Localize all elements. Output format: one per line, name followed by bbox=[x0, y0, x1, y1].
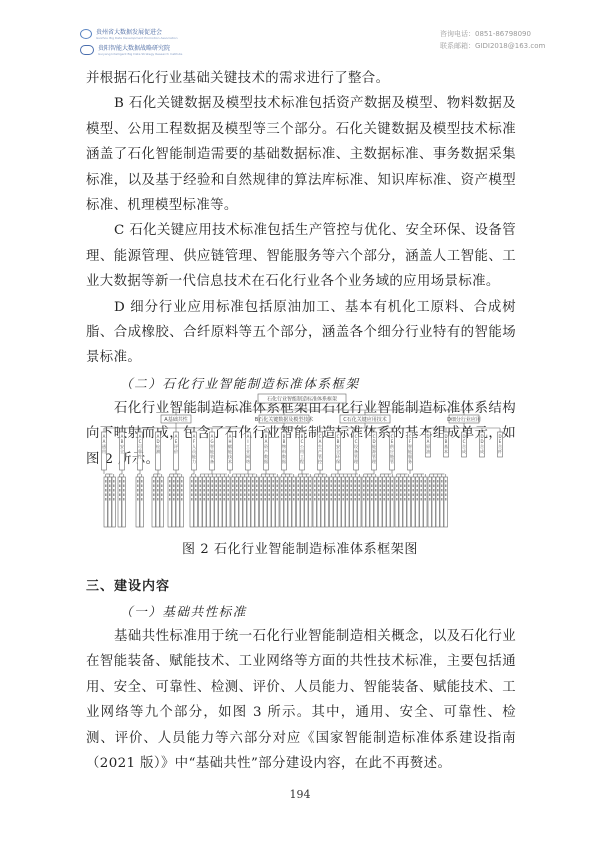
leaf-text-mark bbox=[256, 480, 258, 483]
leaf-text-mark bbox=[302, 480, 304, 483]
node-label: 务 bbox=[408, 458, 412, 464]
leaf-text-mark bbox=[355, 494, 357, 497]
leaf-text-mark bbox=[425, 480, 427, 483]
leaf-text-mark bbox=[181, 498, 183, 501]
paragraph-continuation: 并根据石化行业基础关键技术的需求进行了整合。 bbox=[86, 66, 516, 91]
leaf-text-mark bbox=[375, 485, 377, 488]
node-label: 油 bbox=[426, 448, 430, 454]
leaf-text-mark bbox=[236, 485, 238, 488]
leaf-text-mark bbox=[153, 489, 155, 492]
leaf-text-mark bbox=[273, 489, 275, 492]
leaf-text-mark bbox=[310, 485, 312, 488]
leaf-text-mark bbox=[331, 494, 333, 497]
leaf-text-mark bbox=[252, 494, 254, 497]
leaf-text-mark bbox=[310, 480, 312, 483]
leaf-text-mark bbox=[236, 498, 238, 501]
leaf-text-mark bbox=[285, 485, 287, 488]
leaf-text-mark bbox=[200, 485, 202, 488]
leaf-text-mark bbox=[212, 485, 214, 488]
leaf-text-mark bbox=[109, 489, 111, 492]
leaf-text-mark bbox=[347, 489, 349, 492]
leaf-text-mark bbox=[113, 494, 115, 497]
association-logo-icon bbox=[80, 29, 92, 39]
leaf-text-mark bbox=[441, 489, 443, 492]
leaf-text-mark bbox=[195, 485, 197, 488]
leaf-text-mark bbox=[396, 485, 398, 488]
leaf-text-mark bbox=[347, 485, 349, 488]
leaf-text-mark bbox=[318, 498, 320, 501]
node-label: 全 bbox=[120, 448, 124, 454]
leaf-text-mark bbox=[256, 498, 258, 501]
leaf-text-mark bbox=[293, 494, 295, 497]
leaf-text-mark bbox=[421, 498, 423, 501]
logo-row-association: 贵州省大数据发展促进会 Guizhou Big Data Development… bbox=[80, 27, 182, 41]
leaf-text-mark bbox=[351, 489, 353, 492]
leaf-text-mark bbox=[208, 480, 210, 483]
node-label: 价 bbox=[174, 448, 178, 454]
leaf-text-mark bbox=[123, 498, 125, 501]
leaf-text-mark bbox=[281, 480, 283, 483]
leaf-text-mark bbox=[392, 494, 394, 497]
node-label: 纤 bbox=[498, 448, 502, 454]
leaf-text-mark bbox=[281, 485, 283, 488]
leaf-text-mark bbox=[417, 489, 419, 492]
leaf-text-mark bbox=[269, 485, 271, 488]
leaf-text-mark bbox=[248, 489, 250, 492]
leaf-text-mark bbox=[408, 480, 410, 483]
leaf-text-mark bbox=[396, 498, 398, 501]
leaf-text-mark bbox=[363, 480, 365, 483]
leaf-text-mark bbox=[220, 480, 222, 483]
leaf-text-mark bbox=[200, 489, 202, 492]
leaf-text-mark bbox=[109, 485, 111, 488]
leaf-text-mark bbox=[413, 485, 415, 488]
leaf-text-mark bbox=[277, 494, 279, 497]
leaf-text-mark bbox=[371, 485, 373, 488]
leaf-text-mark bbox=[293, 480, 295, 483]
leaf-text-mark bbox=[256, 494, 258, 497]
association-name-en: Guizhou Big Data Development Promotion A… bbox=[96, 36, 178, 40]
leaf-text-mark bbox=[153, 494, 155, 497]
leaf-text-mark bbox=[445, 498, 447, 501]
leaf-text-mark bbox=[363, 498, 365, 501]
leaf-text-mark bbox=[298, 494, 300, 497]
leaf-text-mark bbox=[281, 498, 283, 501]
leaf-text-mark bbox=[141, 494, 143, 497]
leaf-text-mark bbox=[265, 498, 267, 501]
leaf-text-mark bbox=[367, 480, 369, 483]
leaf-text-mark bbox=[310, 494, 312, 497]
leaf-text-mark bbox=[232, 489, 234, 492]
leaf-text-mark bbox=[281, 489, 283, 492]
leaf-text-mark bbox=[173, 498, 175, 501]
leaf-text-mark bbox=[119, 480, 121, 483]
leaf-text-mark bbox=[105, 494, 107, 497]
leaf-text-mark bbox=[157, 498, 159, 501]
leaf-text-mark bbox=[216, 494, 218, 497]
leaf-text-mark bbox=[137, 480, 139, 483]
leaf-text-mark bbox=[204, 485, 206, 488]
leaf-text-mark bbox=[429, 480, 431, 483]
leaf-text-mark bbox=[191, 498, 193, 501]
leaf-text-mark bbox=[413, 494, 415, 497]
leaf-text-mark bbox=[335, 480, 337, 483]
leaf-text-mark bbox=[359, 480, 361, 483]
leaf-text-mark bbox=[326, 494, 328, 497]
leaf-text-mark bbox=[359, 489, 361, 492]
leaf-text-mark bbox=[441, 480, 443, 483]
leaf-text-mark bbox=[359, 494, 361, 497]
leaf-text-mark bbox=[437, 494, 439, 497]
leaf-text-mark bbox=[433, 494, 435, 497]
node-label: 管 bbox=[390, 458, 394, 464]
leaf-text-mark bbox=[388, 489, 390, 492]
leaf-text-mark bbox=[261, 498, 263, 501]
phone-label: 咨询电话： bbox=[440, 30, 475, 38]
leaf-text-mark bbox=[380, 494, 382, 497]
leaf-text-mark bbox=[224, 489, 226, 492]
leaf-text-mark bbox=[261, 480, 263, 483]
leaf-text-mark bbox=[123, 480, 125, 483]
leaf-text-mark bbox=[161, 494, 163, 497]
leaf-text-mark bbox=[322, 498, 324, 501]
leaf-text-mark bbox=[252, 485, 254, 488]
leaf-text-mark bbox=[339, 489, 341, 492]
leaf-text-mark bbox=[181, 489, 183, 492]
leaf-text-mark bbox=[347, 480, 349, 483]
leaf-text-mark bbox=[359, 498, 361, 501]
leaf-text-mark bbox=[380, 498, 382, 501]
leaf-text-mark bbox=[367, 494, 369, 497]
leaf-text-mark bbox=[371, 494, 373, 497]
leaf-text-mark bbox=[335, 485, 337, 488]
leaf-text-mark bbox=[285, 494, 287, 497]
leaf-text-mark bbox=[363, 494, 365, 497]
leaf-text-mark bbox=[195, 498, 197, 501]
leaf-text-mark bbox=[421, 480, 423, 483]
leaf-text-mark bbox=[314, 494, 316, 497]
leaf-text-mark bbox=[413, 480, 415, 483]
leaf-text-mark bbox=[355, 489, 357, 492]
leaf-text-mark bbox=[417, 480, 419, 483]
leaf-text-mark bbox=[293, 498, 295, 501]
leaf-text-mark bbox=[314, 480, 316, 483]
leaf-text-mark bbox=[367, 489, 369, 492]
leaf-text-mark bbox=[232, 485, 234, 488]
leaf-text-mark bbox=[433, 489, 435, 492]
leaf-text-mark bbox=[408, 494, 410, 497]
leaf-text-mark bbox=[298, 480, 300, 483]
leaf-text-mark bbox=[208, 498, 210, 501]
leaf-text-mark bbox=[105, 498, 107, 501]
node-label: 成 bbox=[462, 448, 466, 454]
leaf-text-mark bbox=[273, 494, 275, 497]
leaf-text-mark bbox=[429, 489, 431, 492]
node-label: 用 bbox=[102, 448, 106, 454]
leaf-text-mark bbox=[216, 498, 218, 501]
leaf-text-mark bbox=[153, 498, 155, 501]
leaf-text-mark bbox=[169, 480, 171, 483]
leaf-text-mark bbox=[392, 480, 394, 483]
leaf-text-mark bbox=[113, 498, 115, 501]
node-label: 络 bbox=[246, 458, 250, 464]
leaf-text-mark bbox=[326, 485, 328, 488]
leaf-text-mark bbox=[119, 498, 121, 501]
email-address: GIDI2018@163.com bbox=[475, 42, 545, 50]
leaf-text-mark bbox=[331, 480, 333, 483]
node-label: 控 bbox=[318, 458, 322, 464]
leaf-text-mark bbox=[191, 489, 193, 492]
paragraph-d-industry: D 细分行业应用标准包括原油加工、基本有机化工原料、合成树脂、合成橡胶、合纤原料… bbox=[86, 295, 516, 371]
leaf-text-mark bbox=[200, 480, 202, 483]
contact-email-line: 联系邮箱：GIDI2018@163.com bbox=[440, 40, 545, 52]
leaf-text-mark bbox=[351, 498, 353, 501]
leaf-text-mark bbox=[351, 494, 353, 497]
leaf-text-mark bbox=[306, 485, 308, 488]
leaf-text-mark bbox=[310, 498, 312, 501]
leaf-text-mark bbox=[404, 494, 406, 497]
leaf-text-mark bbox=[306, 494, 308, 497]
leaf-text-mark bbox=[355, 498, 357, 501]
leaf-text-mark bbox=[285, 498, 287, 501]
leaf-text-mark bbox=[256, 489, 258, 492]
leaf-text-mark bbox=[240, 480, 242, 483]
leaf-text-mark bbox=[273, 498, 275, 501]
leaf-text-mark bbox=[392, 485, 394, 488]
leaf-text-mark bbox=[302, 494, 304, 497]
leaf-text-mark bbox=[177, 498, 179, 501]
leaf-text-mark bbox=[224, 485, 226, 488]
leaf-text-mark bbox=[265, 480, 267, 483]
leaf-text-mark bbox=[281, 494, 283, 497]
leaf-text-mark bbox=[339, 480, 341, 483]
association-name: 贵州省大数据发展促进会 bbox=[96, 29, 178, 36]
leaf-text-mark bbox=[417, 485, 419, 488]
leaf-text-mark bbox=[396, 489, 398, 492]
leaf-text-mark bbox=[363, 489, 365, 492]
leaf-text-mark bbox=[123, 485, 125, 488]
leaf-text-mark bbox=[228, 489, 230, 492]
node-label: 备 bbox=[210, 458, 214, 464]
leaf-text-mark bbox=[265, 489, 267, 492]
leaf-text-mark bbox=[191, 494, 193, 497]
node-label: 据 bbox=[264, 458, 268, 464]
leaf-text-mark bbox=[347, 494, 349, 497]
institute-name-en: Guiyang Intelligent Big Data Strategy Re… bbox=[98, 52, 182, 56]
leaf-text-mark bbox=[417, 494, 419, 497]
organization-logos: 贵州省大数据发展促进会 Guizhou Big Data Development… bbox=[80, 27, 182, 59]
leaf-text-mark bbox=[388, 485, 390, 488]
leaf-text-mark bbox=[335, 494, 337, 497]
leaf-text-mark bbox=[408, 498, 410, 501]
leaf-text-mark bbox=[375, 489, 377, 492]
leaf-text-mark bbox=[310, 489, 312, 492]
leaf-text-mark bbox=[355, 480, 357, 483]
leaf-text-mark bbox=[181, 494, 183, 497]
page-number: 194 bbox=[0, 788, 600, 801]
leaf-text-mark bbox=[169, 489, 171, 492]
leaf-text-mark bbox=[113, 480, 115, 483]
leaf-text-mark bbox=[141, 485, 143, 488]
leaf-text-mark bbox=[228, 494, 230, 497]
leaf-text-mark bbox=[293, 489, 295, 492]
leaf-text-mark bbox=[269, 498, 271, 501]
leaf-text-mark bbox=[220, 494, 222, 497]
leaf-text-mark bbox=[322, 480, 324, 483]
leaf-text-mark bbox=[421, 485, 423, 488]
leaf-text-mark bbox=[236, 489, 238, 492]
leaf-text-mark bbox=[269, 494, 271, 497]
leaf-text-mark bbox=[269, 489, 271, 492]
leaf-text-mark bbox=[157, 494, 159, 497]
leaf-text-mark bbox=[343, 485, 345, 488]
leaf-text-mark bbox=[392, 498, 394, 501]
leaf-text-mark bbox=[141, 489, 143, 492]
leaf-text-mark bbox=[441, 485, 443, 488]
leaf-text-mark bbox=[400, 489, 402, 492]
leaf-text-mark bbox=[236, 480, 238, 483]
leaf-text-mark bbox=[169, 494, 171, 497]
leaf-text-mark bbox=[212, 494, 214, 497]
leaf-text-mark bbox=[429, 498, 431, 501]
node-label: B石化关键数据及模型技术 bbox=[255, 416, 313, 423]
leaf-text-mark bbox=[177, 480, 179, 483]
leaf-text-mark bbox=[169, 498, 171, 501]
leaf-text-mark bbox=[318, 480, 320, 483]
leaf-text-mark bbox=[289, 485, 291, 488]
leaf-text-mark bbox=[212, 480, 214, 483]
node-label: 成 bbox=[480, 448, 484, 454]
node-label: 性 bbox=[138, 453, 142, 459]
document-body-bottom: 三、建设内容 （一）基础共性标准 基础共性标准用于统一石化行业智能制造相关概念，… bbox=[86, 574, 516, 776]
leaf-text-mark bbox=[173, 480, 175, 483]
leaf-text-mark bbox=[314, 498, 316, 501]
leaf-text-mark bbox=[289, 494, 291, 497]
leaf-text-mark bbox=[141, 498, 143, 501]
leaf-text-mark bbox=[322, 494, 324, 497]
leaf-text-mark bbox=[425, 485, 427, 488]
leaf-text-mark bbox=[204, 498, 206, 501]
framework-tree-svg: 石化行业智能制造标准体系框架A基础共性B石化关键数据及模型技术C石化关键应用技术… bbox=[98, 392, 506, 542]
leaf-text-mark bbox=[216, 480, 218, 483]
leaf-text-mark bbox=[177, 494, 179, 497]
leaf-text-mark bbox=[204, 489, 206, 492]
leaf-text-mark bbox=[224, 494, 226, 497]
leaf-text-mark bbox=[339, 485, 341, 488]
phone-number: 0851-86798090 bbox=[475, 30, 531, 38]
leaf-text-mark bbox=[347, 498, 349, 501]
figure-caption: 图 2 石化行业智能制造标准体系框架图 bbox=[0, 538, 600, 557]
leaf-text-mark bbox=[404, 498, 406, 501]
leaf-text-mark bbox=[113, 485, 115, 488]
node-label: 测 bbox=[156, 448, 160, 454]
leaf-text-mark bbox=[252, 480, 254, 483]
leaf-text-mark bbox=[195, 494, 197, 497]
leaf-text-mark bbox=[322, 485, 324, 488]
leaf-text-mark bbox=[384, 498, 386, 501]
leaf-text-mark bbox=[400, 494, 402, 497]
leaf-text-mark bbox=[375, 480, 377, 483]
leaf-text-mark bbox=[437, 480, 439, 483]
leaf-text-mark bbox=[445, 485, 447, 488]
leaf-text-mark bbox=[161, 498, 163, 501]
leaf-text-mark bbox=[200, 498, 202, 501]
leaf-text-mark bbox=[252, 489, 254, 492]
leaf-text-mark bbox=[208, 494, 210, 497]
leaf-text-mark bbox=[392, 489, 394, 492]
leaf-text-mark bbox=[123, 489, 125, 492]
leaf-text-mark bbox=[339, 494, 341, 497]
section-heading-construction: 三、建设内容 bbox=[86, 574, 516, 599]
subheading-basic-common: （一）基础共性标准 bbox=[86, 599, 516, 624]
leaf-text-mark bbox=[413, 498, 415, 501]
leaf-text-mark bbox=[343, 494, 345, 497]
leaf-text-mark bbox=[318, 489, 320, 492]
node-label: 理 bbox=[354, 458, 358, 464]
leaf-text-mark bbox=[240, 485, 242, 488]
leaf-text-mark bbox=[417, 498, 419, 501]
leaf-text-mark bbox=[367, 485, 369, 488]
leaf-text-mark bbox=[351, 480, 353, 483]
leaf-text-mark bbox=[437, 485, 439, 488]
leaf-text-mark bbox=[109, 494, 111, 497]
leaf-text-mark bbox=[326, 480, 328, 483]
leaf-text-mark bbox=[400, 480, 402, 483]
leaf-text-mark bbox=[220, 485, 222, 488]
email-label: 联系邮箱： bbox=[440, 42, 475, 50]
leaf-text-mark bbox=[224, 480, 226, 483]
leaf-text-mark bbox=[228, 498, 230, 501]
leaf-text-mark bbox=[298, 485, 300, 488]
leaf-text-mark bbox=[232, 498, 234, 501]
node-label: 据 bbox=[282, 458, 286, 464]
leaf-text-mark bbox=[161, 485, 163, 488]
leaf-text-mark bbox=[413, 489, 415, 492]
leaf-text-mark bbox=[208, 489, 210, 492]
leaf-text-mark bbox=[244, 480, 246, 483]
node-label: 程 bbox=[300, 458, 304, 464]
leaf-text-mark bbox=[367, 498, 369, 501]
leaf-text-mark bbox=[326, 498, 328, 501]
leaf-text-mark bbox=[326, 489, 328, 492]
node-label: D细分行业应用 bbox=[447, 416, 481, 423]
leaf-text-mark bbox=[396, 480, 398, 483]
leaf-text-mark bbox=[191, 480, 193, 483]
leaf-text-mark bbox=[204, 480, 206, 483]
leaf-text-mark bbox=[181, 485, 183, 488]
leaf-text-mark bbox=[113, 489, 115, 492]
leaf-text-mark bbox=[400, 485, 402, 488]
leaf-text-mark bbox=[153, 480, 155, 483]
leaf-text-mark bbox=[161, 489, 163, 492]
node-label: 石化行业智能制造标准体系框架 bbox=[267, 395, 337, 402]
leaf-text-mark bbox=[318, 485, 320, 488]
leaf-text-mark bbox=[119, 494, 121, 497]
leaf-text-mark bbox=[322, 489, 324, 492]
leaf-text-mark bbox=[261, 494, 263, 497]
leaf-text-mark bbox=[400, 498, 402, 501]
leaf-text-mark bbox=[195, 489, 197, 492]
leaf-text-mark bbox=[314, 485, 316, 488]
leaf-text-mark bbox=[343, 489, 345, 492]
leaf-text-mark bbox=[445, 494, 447, 497]
leaf-text-mark bbox=[359, 485, 361, 488]
leaf-text-mark bbox=[388, 494, 390, 497]
leaf-text-mark bbox=[208, 485, 210, 488]
leaf-text-mark bbox=[380, 480, 382, 483]
leaf-text-mark bbox=[105, 480, 107, 483]
leaf-text-mark bbox=[191, 485, 193, 488]
